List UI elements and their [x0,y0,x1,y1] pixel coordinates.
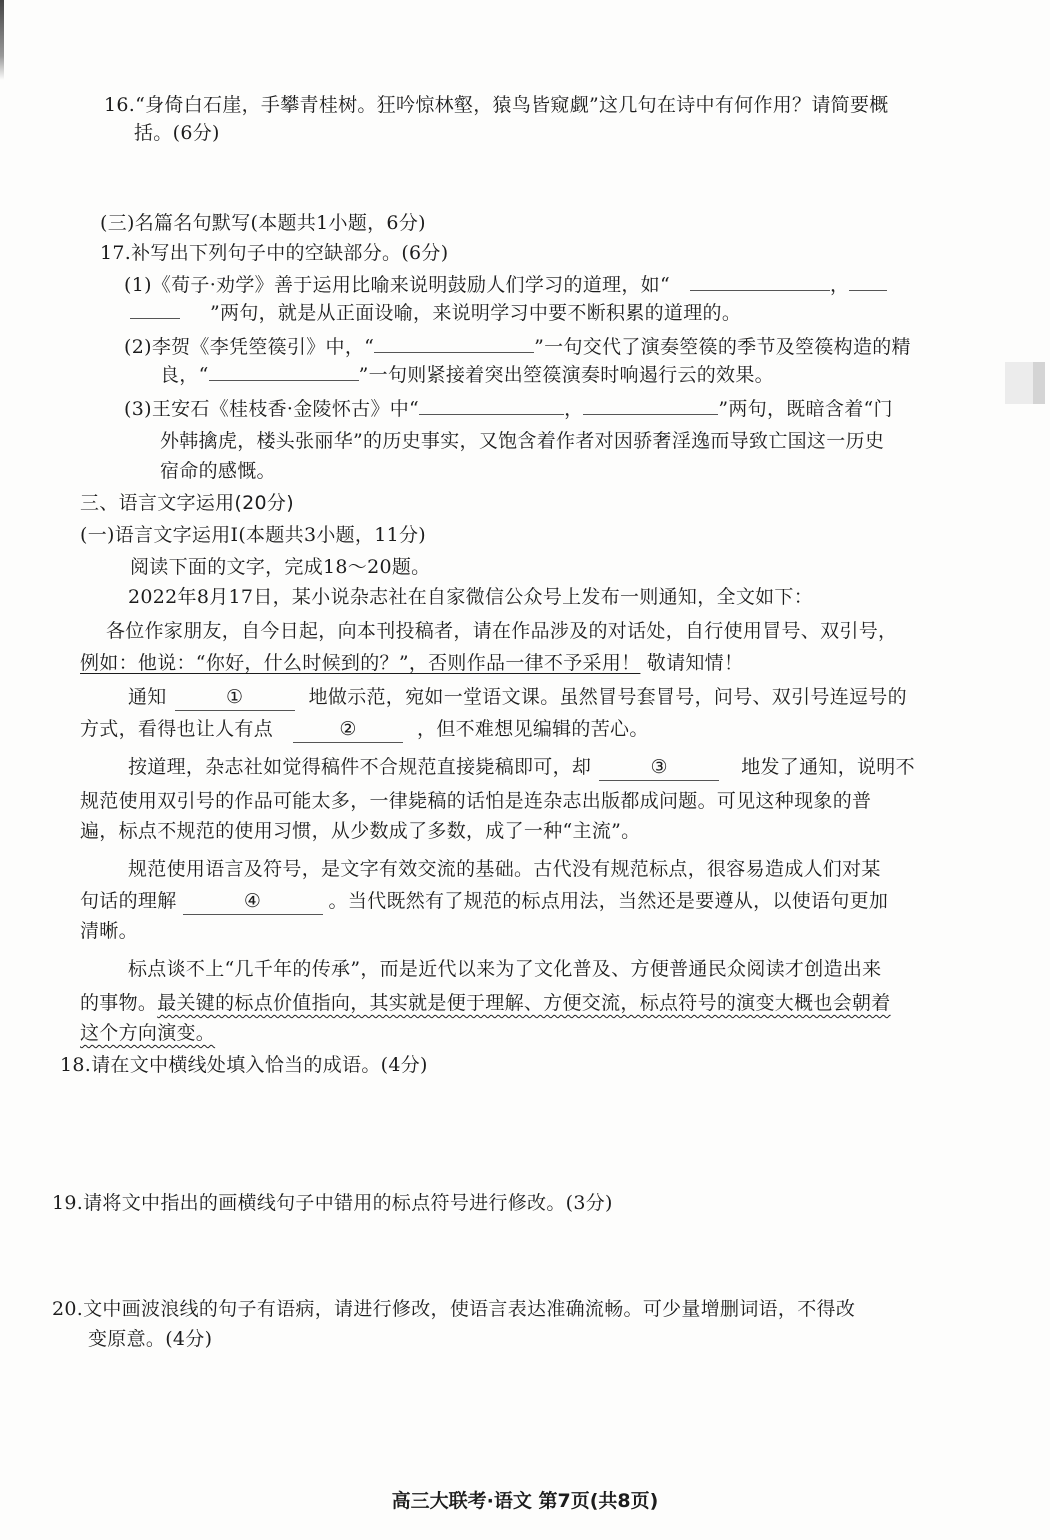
passage-p4-text-cont: 地发了通知，说明不 [741,756,915,778]
q17-title: 17.补写出下列句子中的空缺部分。(6分) [100,240,448,266]
fill-blank-2[interactable]: ② [293,716,403,743]
q17-item3-line1: (3)王安石《桂枝香·金陵怀古》中“，”两句，既暗含着“门 [124,396,893,422]
passage-p4-text: 按道理，杂志社如觉得稿件不合规范直接毙稿即可，却 [128,756,591,778]
answer-blank[interactable] [849,272,887,291]
q17-item3-line3: 宿命的感慨。 [160,458,276,484]
fill-blank-3[interactable]: ③ [599,754,719,781]
q17-item1-text: (1)《荀子·劝学》善于运用比喻来说明鼓励人们学习的道理，如“ [124,274,670,296]
passage-p5-text-b: 句话的理解 [80,890,177,912]
passage-p5-line3: 清晰。 [80,918,138,944]
passage-p5-text-c: 。当代既然有了规范的标点用法，当然还是要遵从，以使语句更加 [329,890,889,912]
passage-p2-line1: 各位作家朋友，自今日起，向本刊投稿者，请在作品涉及的对话处，自行使用冒号、双引号… [106,618,897,644]
underlined-sentence: 例如：他说：“你好，什么时候到的？”，否则作品一律不予采用！ [80,652,640,674]
comma: ， [564,398,583,420]
q17-item1-line1: (1)《荀子·劝学》善于运用比喻来说明鼓励人们学习的道理，如“， [124,272,887,298]
passage-p3-text-cont: 地做示范，宛如一堂语文课。虽然冒号套冒号，问号、双引号连逗号的 [309,686,907,708]
q17-item2-text-c: 良，“ [160,364,209,386]
passage-p3-text-c: 方式，看得也让人有点 [80,718,273,740]
answer-blank[interactable] [374,334,534,353]
comma: ， [830,274,849,296]
fill-blank-4[interactable]: ④ [183,888,323,915]
answer-blank[interactable] [583,396,718,415]
q17-item2-text: (2)李贺《李凭箜篌引》中，“ [124,336,374,358]
passage-p1: 2022年8月17日，某小说杂志社在自家微信公众号上发布一则通知，全文如下： [128,584,813,610]
page-footer: 高三大联考·语文 第7页(共8页) [0,1486,1050,1513]
wavy-underlined-sentence-cont: 这个方向演变。 [80,1022,215,1044]
passage-p4-line2: 规范使用双引号的作品可能太多，一律毙稿的话怕是连杂志出版都成问题。可见这种现象的… [80,788,871,814]
section-language-sub-heading: (一)语言文字运用Ⅰ(本题共3小题，11分) [80,522,426,548]
passage-p6-line2: 的事物。最关键的标点价值指向，其实就是便于理解、方便交流，标点符号的演变大概也会… [80,990,891,1016]
passage-p3-line2: 方式，看得也让人有点②，但不难想见编辑的苦心。 [80,716,649,743]
passage-p2-line2: 例如：他说：“你好，什么时候到的？”，否则作品一律不予采用！ 敬请知情！ [80,650,743,676]
wavy-underlined-sentence: 最关键的标点价值指向，其实就是便于理解、方便交流，标点符号的演变大概也会朝着 [157,992,890,1014]
q17-item1-text-cont: ”两句，就是从正面设喻，来说明学习中要不断积累的道理的。 [210,302,741,324]
answer-blank[interactable] [419,396,564,415]
passage-p6-text-b: 的事物。 [80,992,157,1014]
passage-p4-line3: 遍，标点不规范的使用习惯，从少数成了多数，成了一种“主流”。 [80,818,640,844]
passage-p3-text-d: ，但不难想见编辑的苦心。 [417,718,649,740]
page-edge-shadow [0,0,4,80]
q17-item3-line2: 外韩擒虎，楼头张丽华”的历史事实，又饱含着作者对因骄奢淫逸而导致亡国这一历史 [160,428,884,454]
section-famous-quotes-heading: (三)名篇名句默写(本题共1小题，6分) [100,210,426,236]
passage-p5-line2: 句话的理解④。当代既然有了规范的标点用法，当然还是要遵从，以使语句更加 [80,888,888,915]
q17-item2-text-d: ”一句则紧接着突出箜篌演奏时响遏行云的效果。 [359,364,774,386]
passage-p2-tail: 敬请知情！ [647,652,744,674]
q20-line2: 变原意。(4分) [88,1326,212,1352]
passage-p6-line1: 标点谈不上“几千年的传承”，而是近代以来为了文化普及、方便普通民众阅读才创造出来 [128,956,881,982]
reading-instruction: 阅读下面的文字，完成18～20题。 [130,554,430,580]
section-language-heading: 三、语言文字运用(20分) [80,490,294,516]
answer-blank[interactable] [690,272,830,291]
q16-line1: 16.“身倚白石崖，手攀青桂树。狂吟惊林壑，猿鸟皆窥觑”这几句在诗中有何作用？请… [104,92,889,118]
q17-item1-line2: ”两句，就是从正面设喻，来说明学习中要不断积累的道理的。 [130,300,741,326]
q16-line2: 括。(6分) [134,120,220,146]
passage-p6-line3: 这个方向演变。 [80,1020,215,1046]
q17-item2-line2: 良，“”一句则紧接着突出箜篌演奏时响遏行云的效果。 [160,362,774,388]
q17-item2-line1: (2)李贺《李凭箜篌引》中，“”一句交代了演奏箜篌的季节及箜篌构造的精 [124,334,911,360]
answer-blank[interactable] [209,362,359,381]
q19-text: 19.请将文中指出的画横线句子中错用的标点符号进行修改。(3分) [52,1190,613,1216]
passage-p5-line1: 规范使用语言及符号，是文字有效交流的基础。古代没有规范标点，很容易造成人们对某 [128,856,881,882]
passage-p3-line1: 通知①地做示范，宛如一堂语文课。虽然冒号套冒号，问号、双引号连逗号的 [128,684,907,711]
scan-artifact [1005,362,1045,404]
q17-item3-text: (3)王安石《桂枝香·金陵怀古》中“ [124,398,419,420]
q20-line1: 20.文中画波浪线的句子有语病，请进行修改，使语言表达准确流畅。可少量增删词语，… [52,1296,855,1322]
answer-blank[interactable] [130,300,180,319]
passage-p4-line1: 按道理，杂志社如觉得稿件不合规范直接毙稿即可，却③地发了通知，说明不 [128,754,915,781]
q17-item3-text-cont: ”两句，既暗含着“门 [718,398,892,420]
q17-item2-text-cont: ”一句交代了演奏箜篌的季节及箜篌构造的精 [534,336,911,358]
passage-p3-text: 通知 [128,686,167,708]
fill-blank-1[interactable]: ① [175,684,295,711]
q18-text: 18.请在文中横线处填入恰当的成语。(4分) [60,1052,428,1078]
